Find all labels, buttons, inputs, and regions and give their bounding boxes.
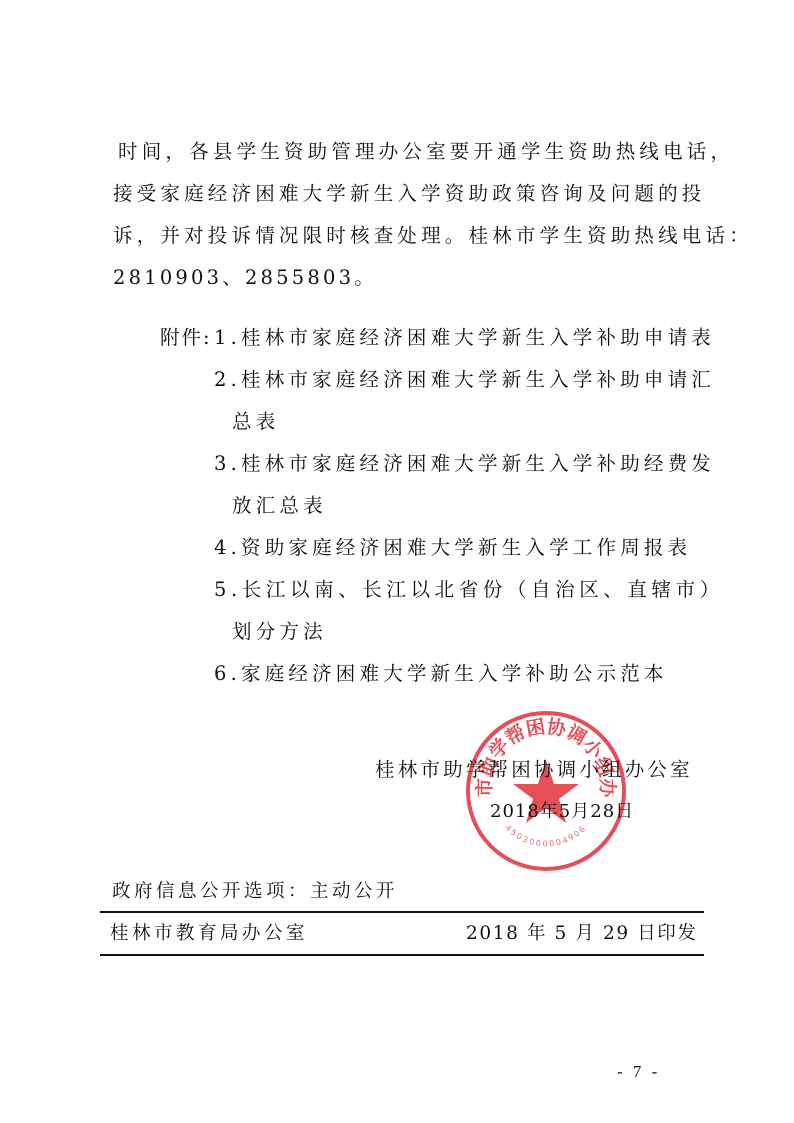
attachment-item-6: 6.家庭经济困难大学新生入学补助公示范本 <box>214 662 668 686</box>
official-seal-icon: 桂林市助学帮困协调小组办公室 4503000004906 <box>463 708 629 874</box>
footer-bottom-rule <box>100 954 704 956</box>
attachment-item-1: 1.桂林市家庭经济困难大学新生入学补助申请表 <box>214 326 715 350</box>
issuing-office: 桂林市教育局办公室 <box>110 922 308 946</box>
signature-date: 2018年5月28日 <box>490 800 634 824</box>
svg-text:4503000004906: 4503000004906 <box>504 823 589 848</box>
attachment-item-5-cont: 划分方法 <box>232 620 327 644</box>
attachment-item-5: 5.长江以南、长江以北省份（自治区、直辖市） <box>214 578 724 602</box>
issue-date: 2018 年 5 月 29 日印发 <box>466 922 698 946</box>
attachment-item-2: 2.桂林市家庭经济困难大学新生入学补助申请汇 <box>214 368 715 392</box>
attachment-item-3: 3.桂林市家庭经济困难大学新生入学补助经费发 <box>214 452 715 476</box>
paragraph-line-3: 诉，并对投诉情况限时核查处理。桂林市学生资助热线电话： <box>113 224 753 248</box>
page-number: - 7 - <box>617 1062 660 1082</box>
footer-top-rule <box>100 911 704 913</box>
attachment-item-2-cont: 总表 <box>232 410 279 434</box>
paragraph-line-4: 2810903、2855803。 <box>113 266 377 290</box>
paragraph-line-2: 接受家庭经济困难大学新生入学资助政策咨询及问题的投 <box>113 182 706 206</box>
disclosure-option: 政府信息公开选项：主动公开 <box>112 880 398 904</box>
paragraph-line-1: 时间，各县学生资助管理办公室要开通学生资助热线电话， <box>118 140 734 164</box>
signature-organization: 桂林市助学帮困协调小组办公室 <box>375 758 693 782</box>
attachment-item-3-cont: 放汇总表 <box>232 494 327 518</box>
attachment-item-4: 4.资助家庭经济困难大学新生入学工作周报表 <box>214 536 691 560</box>
attachments-label: 附件: <box>160 326 212 350</box>
